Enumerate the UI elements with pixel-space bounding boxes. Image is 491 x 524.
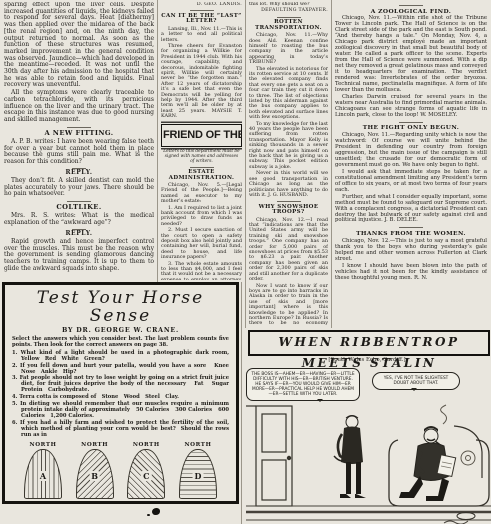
hill-shape-d: D [179,449,217,499]
horse-sense-feature: Test Your Horse Sense BY DR. GEORGE W. C… [2,282,239,504]
column-friend-of-people: D. GEO. LANDIS.CAN IT BE THE “LAST” LETT… [161,2,242,280]
signature: D. GEO. LANDIS. [161,2,242,7]
friend-of-the-people-masthead: FRIEND OF THE PEOPLE [161,124,242,147]
north-label: NORTH [20,442,66,448]
text-block: 3. The whole estate amounts to less than… [161,262,242,280]
north-label: NORTH [72,442,118,448]
north-label: NORTH [175,442,221,448]
text-block: All the symptoms were clearly traceable … [4,90,154,124]
text-block: Chicago, Nov. 5.—[Legal Friend of the Pe… [161,183,242,205]
text-block: 2. Must I secure sanction of the court t… [161,228,242,260]
comic-title: WHEN RIBBENTROP MEETS STALIN [248,330,490,356]
text-block: Chicago, Nov. 12.—I read that “indicatio… [249,218,328,283]
column-health-letters: sparing effect upon the liver cells. Des… [4,2,154,280]
floor [246,506,491,520]
text-block: Mrs. R. S. writes: What is the medical e… [4,213,154,226]
ink-blot [152,508,160,515]
text-block: A. P. B. writes: I have been wearing fal… [4,139,154,166]
friend-box-note: Letters to this department must be signe… [163,149,240,164]
column-2-bottom: ESTATE ADMINISTRATION.Chicago, Nov. 5.—[… [161,167,242,280]
column-rule [245,0,246,328]
text-block: 1. Am I required to list a joint bank ac… [161,206,242,228]
column-letters-right: A ZOOLOGICAL FIND.Chicago, Nov. 11.—With… [335,2,487,326]
question-item: 2. If you fell down and hurt your patell… [12,364,229,376]
text-block: Further, and what I consider equally imp… [335,195,487,225]
column-letters-middle: this lot. Why should we?DEFAULTING TAXPA… [249,2,328,326]
article-heading: THE FIGHT ONLY BEGUN. [335,122,487,131]
text-block: They don’t fit. A skilled dentist can mo… [4,178,154,198]
question-item: 5. In dieting we should remember that ou… [12,402,229,420]
question-item: 1. What kind of a light should be used i… [12,351,229,363]
horse-sense-title: Test Your Horse Sense [12,289,229,325]
horse-sense-intro: Select the answers which you consider be… [12,337,229,349]
hill-shape-b: B [76,449,114,499]
ink-speck [147,514,150,516]
text-block: Lansing, Ill., Nov. 11.—This is a letter… [161,27,242,43]
hill-diagram-d: NORTH D [175,442,221,499]
text-block: Three cheers for Evanston for organizing… [161,44,242,120]
text-block: I know I should have been blown into the… [335,264,487,282]
newspaper-page: sparing effect upon the liver cells. Des… [0,0,491,524]
hill-letter: A [38,471,48,481]
text-block: To my knowledge for the last 40 years th… [249,122,328,171]
signature: DEFAULTING TAXPAYER. [249,8,328,13]
stalin-figure [389,405,489,506]
hill-shape-c: C [127,449,165,499]
column-rule [157,0,158,282]
article-heading: THANKS FROM THE WOMEN. [335,227,487,236]
text-block: Chicago, Nov. 11.—Within rifle shot of t… [335,16,487,93]
article-heading: ROTTEN TRANSPORTATION. [249,17,328,31]
text-block: The elevated is notorious for its rotten… [249,67,328,121]
text-block: REPLY. [4,168,154,177]
text-block: this lot. Why should we? [249,2,328,7]
text-block: I would ask that immediate steps be take… [335,170,487,194]
column-2-top: D. GEO. LANDIS.CAN IT BE THE “LAST” LETT… [161,2,242,120]
speech-bubble-ribbentrop: THE BOSS IS—AHEM—ER—HAVING—ER—LITTLE DIF… [246,368,360,401]
hill-letter: B [89,471,100,481]
bowl [457,513,475,520]
ribbentrop-figure [334,416,366,499]
comic-panel: THE BOSS IS—AHEM—ER—HAVING—ER—LITTLE DIF… [246,366,491,524]
question-item: 6. If you had a hilly farm and wished to… [12,421,229,439]
hill-shape-a: A [24,449,62,499]
friend-box-title: FRIEND OF THE PEOPLE [163,130,240,141]
article-heading: ESTATE ADMINISTRATION. [161,167,242,181]
column-rule [241,282,242,524]
hill-diagram-b: NORTH B [72,442,118,499]
speech-bubble-stalin: YES, I’VE NOT THE SLIGHTEST DOUBT ABOUT … [372,372,460,390]
article-heading: A ZOOLOGICAL FIND. [335,5,487,14]
comic-credit: [South Wales Echo, Cardiff.] [248,357,486,363]
hill-letter: D [193,471,204,481]
horse-sense-questions: 1. What kind of a light should be used i… [12,351,229,439]
article-heading: CAN IT BE THE “LAST” LETTER? [161,10,242,24]
text-block: Now I want to know if our boys are to go… [249,284,328,327]
text-block: Chicago, Nov. 11.—Regarding unity which … [335,133,487,169]
north-label: NORTH [123,442,169,448]
text-block: Charles Darwin cruised for several years… [335,95,487,119]
column-rule [331,0,332,328]
text-block: sparing effect upon the liver cells. Des… [4,2,154,89]
article-heading: A NEW FITTING. [4,127,154,137]
hill-diagram-c: NORTH C [123,442,169,499]
horse-sense-scoring: Score yourself as follows: 0-2, poor; 5-… [12,503,229,505]
text-block: REPLY. [4,229,154,238]
hill-diagrams: NORTH A NORTH B NORTH C NORTH D [12,440,229,499]
question-item: 3. Fat people should not try to lose wei… [12,376,229,394]
horse-sense-byline: BY DR. GEORGE W. CRANE. [12,327,229,334]
hill-diagram-a: NORTH A [20,442,66,499]
article-heading: COLTLIKE. [4,201,154,211]
article-heading: WHY SNOWSHOE TROOPS? [249,201,328,215]
text-block: Rapid growth and hence imperfect control… [4,239,154,273]
hill-letter: C [141,471,151,481]
text-block: Never in this world will we see good tra… [249,171,328,198]
door [246,406,292,506]
text-block: Chicago, Nov. 11.—Why does Ald. Keenan c… [249,33,328,65]
text-block: Chicago, Nov. 12.—This is just to say a … [335,239,487,263]
